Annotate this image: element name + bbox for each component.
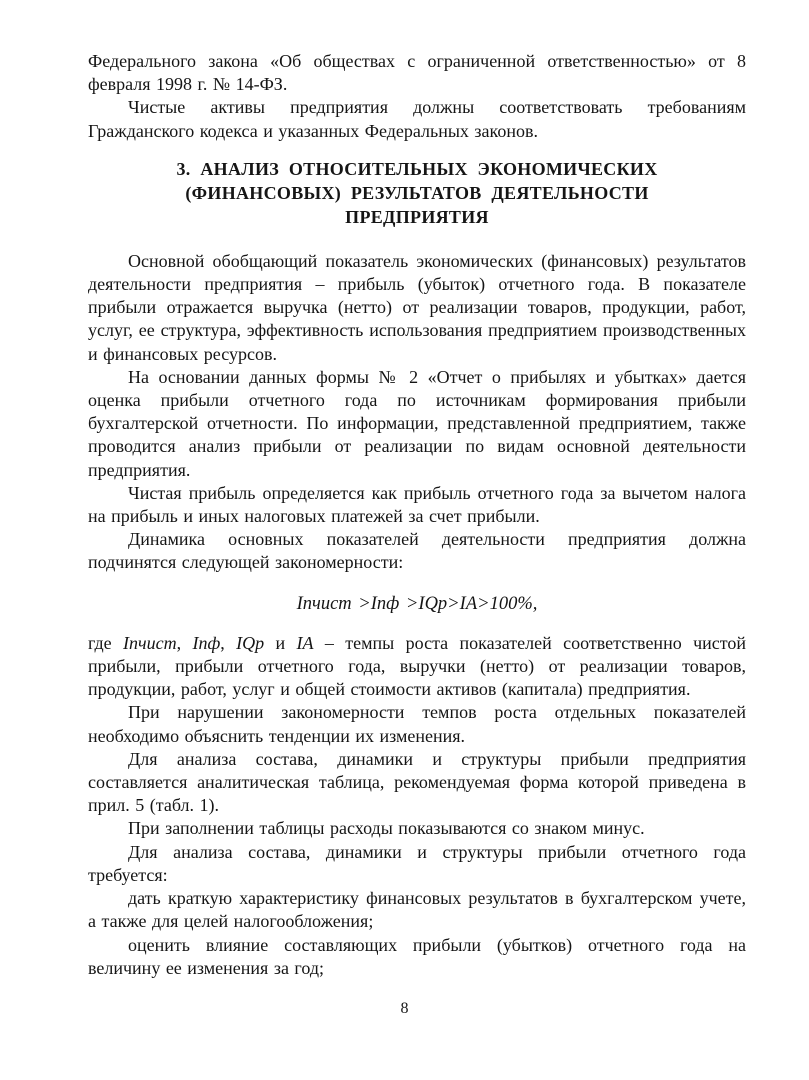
page-number: 8 [0,1000,809,1018]
paragraph-analysis-required: Для анализа состава, динамики и структур… [88,841,746,887]
paragraph-federal-law: Федерального закона «Об обществах с огра… [88,50,746,96]
text-run: и [264,633,296,653]
paragraph-where-definitions: где Iпчист, Iпф, IQр и IА – темпы роста … [88,632,746,702]
paragraph-analysis-table: Для анализа состава, динамики и структур… [88,748,746,818]
formula-variable: Iпф [192,633,220,653]
formula-variable: Iпчист [123,633,177,653]
formula-variable: IQр [236,633,264,653]
paragraph-net-profit: Чистая прибыль определяется как прибыль … [88,482,746,528]
text-run: , [220,633,236,653]
list-item-assess-influence: оценить влияние составляющих прибыли (уб… [88,934,746,980]
text-run: где [88,633,123,653]
list-item-brief-description: дать краткую характеристику финансовых р… [88,887,746,933]
paragraph-form2-report: На основании данных формы № 2 «Отчет о п… [88,366,746,482]
text-block: Федерального закона «Об обществах с огра… [88,50,746,980]
formula-variable: IА [297,633,314,653]
text-run: , [177,633,193,653]
section-heading: 3. АНАЛИЗ ОТНОСИТЕЛЬНЫХ ЭКОНОМИЧЕСКИХ (Ф… [167,157,667,229]
growth-rate-formula: Iпчист >Iпф >IQр>IА>100%, [88,593,746,616]
paragraph-net-assets: Чистые активы предприятия должны соответ… [88,96,746,142]
document-page: Федерального закона «Об обществах с огра… [0,0,809,1080]
paragraph-minus-sign-note: При заполнении таблицы расходы показываю… [88,817,746,840]
paragraph-main-indicator: Основной обобщающий показатель экономиче… [88,250,746,366]
paragraph-violation: При нарушении закономерности темпов рост… [88,701,746,747]
paragraph-dynamics: Динамика основных показателей деятельнос… [88,528,746,574]
